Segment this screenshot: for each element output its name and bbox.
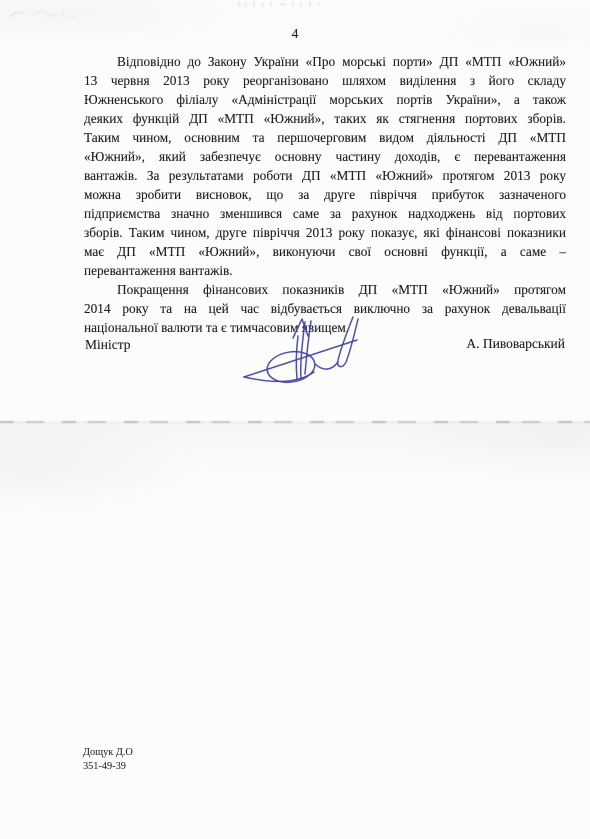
text-line: має ДП «МТП «Южний», виконуючи свої осно… <box>84 242 566 261</box>
signatory-name: А. Пивоварський <box>466 336 565 352</box>
text-line: перевантаження вантажів. <box>84 261 566 280</box>
text-line: вантажів. За результатами роботи ДП «МТП… <box>84 166 566 185</box>
text-line: деяких функцій ДП «МТП «Южний», таких як… <box>84 109 566 128</box>
footer-contact: Дощук Д.О 351-49-39 <box>83 746 133 773</box>
scanned-document-page: 4 Відповідно до Закону України «Про морс… <box>0 0 590 839</box>
scan-seam-line <box>0 421 590 423</box>
scan-shading <box>0 422 590 839</box>
text-line: Покращення фінансових показників ДП «МТП… <box>84 280 566 299</box>
page-number: 4 <box>0 26 590 42</box>
text-line: зборів. Таким чином, друге півріччя 2013… <box>84 223 566 242</box>
text-line: Таким чином, основним та першочерговим в… <box>84 128 566 147</box>
text-line: можна зробити висновок, що за друге півр… <box>84 185 566 204</box>
scan-artifact-top-center <box>233 0 333 12</box>
text-line: «Южний», який забезпечує основну частину… <box>84 147 566 166</box>
footer-phone: 351-49-39 <box>83 760 133 774</box>
footer-contact-name: Дощук Д.О <box>83 746 133 760</box>
text-line: Відповідно до Закону України «Про морськ… <box>84 52 566 71</box>
text-line: підприємства значно зменшився саме за ра… <box>84 204 566 223</box>
handwritten-signature-icon <box>236 310 368 398</box>
text-line: Южненського філіалу «Адміністрації морсь… <box>84 90 566 109</box>
scan-smudge-top-left <box>4 4 88 28</box>
document-body: Відповідно до Закону України «Про морськ… <box>84 52 566 337</box>
text-line: 13 червня 2013 року реорганізовано шляхо… <box>84 71 566 90</box>
signatory-title: Міністр <box>85 337 131 353</box>
